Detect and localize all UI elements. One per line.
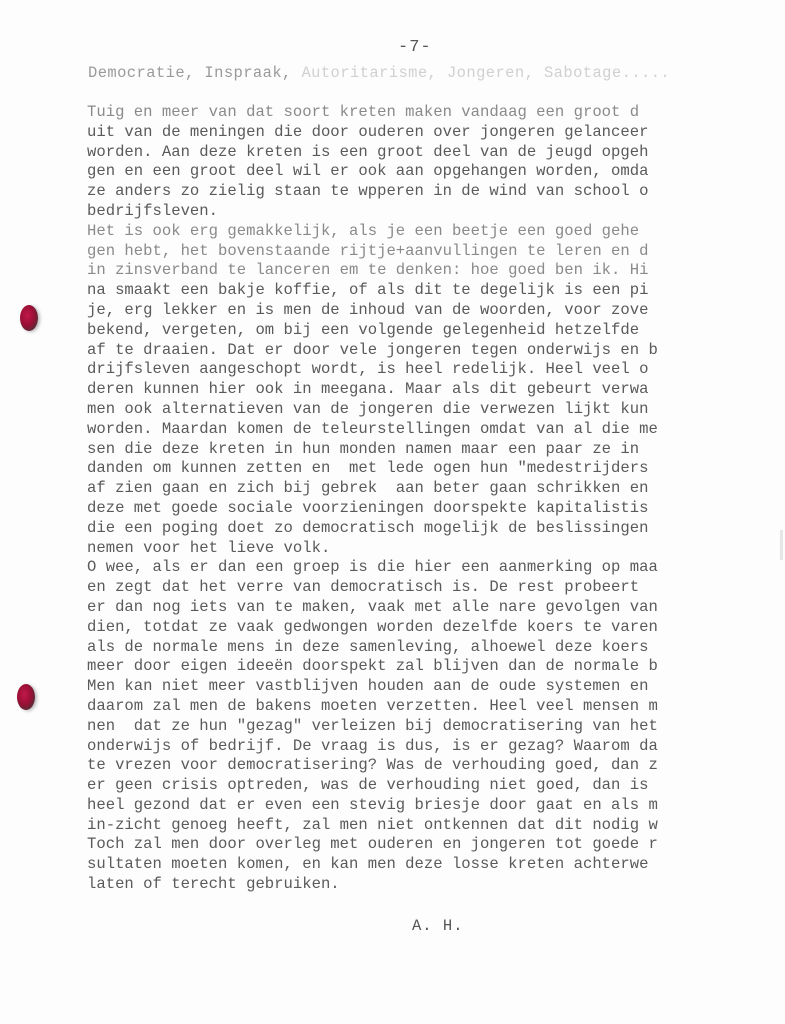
text-line: ze anders zo zielig staan te wpperen in … <box>87 182 785 202</box>
text-line: uit van de meningen die door ouderen ove… <box>87 123 785 143</box>
text-line: laten of terecht gebruiken. <box>87 875 785 895</box>
text-line: gen hebt, het bovenstaande rijtje+aanvul… <box>87 242 785 262</box>
scanned-page: -7- Democratie, Inspraak, Autoritarisme,… <box>0 0 785 1024</box>
text-line: af te draaien. Dat er door vele jongeren… <box>87 341 785 361</box>
text-line: Men kan niet meer vastblijven houden aan… <box>87 677 785 697</box>
punch-hole-top <box>20 305 38 331</box>
text-line: sultaten moeten komen, en kan men deze l… <box>87 855 785 875</box>
text-line: in zinsverband te lanceren em te denken:… <box>87 261 785 281</box>
text-line: daarom zal men de bakens moeten verzette… <box>87 697 785 717</box>
page-number: -7- <box>398 38 432 57</box>
text-line: heel gezond dat er even een stevig bries… <box>87 796 785 816</box>
text-line: gen en een groot deel wil er ook aan opg… <box>87 162 785 182</box>
text-line: worden. Maardan komen de teleurstellinge… <box>87 420 785 440</box>
title-visible: Democratie, Inspraak, <box>88 64 301 82</box>
text-line: meer door eigen ideeën doorspekt zal bli… <box>87 657 785 677</box>
text-line: bedrijfsleven. <box>87 202 785 222</box>
title-faint: Autoritarisme, Jongeren, Sabotage..... <box>301 64 670 82</box>
text-line: deze met goede sociale voorzieningen doo… <box>87 499 785 519</box>
text-line: bekend, vergeten, om bij een volgende ge… <box>87 321 785 341</box>
text-line: drijfsleven aangeschopt wordt, is heel r… <box>87 360 785 380</box>
text-line: Het is ook erg gemakkelijk, als je een b… <box>87 222 785 242</box>
document-title: Democratie, Inspraak, Autoritarisme, Jon… <box>88 64 670 82</box>
text-line: en zegt dat het verre van democratisch i… <box>87 578 785 598</box>
text-line: er dan nog iets van te maken, vaak met a… <box>87 598 785 618</box>
text-line: er geen crisis optreden, was de verhoudi… <box>87 776 785 796</box>
text-line: worden. Aan deze kreten is een groot dee… <box>87 143 785 163</box>
text-line: die een poging doet zo democratisch moge… <box>87 519 785 539</box>
text-line: af zien gaan en zich bij gebrek aan bete… <box>87 479 785 499</box>
text-line: danden om kunnen zetten en met lede ogen… <box>87 459 785 479</box>
text-line: na smaakt een bakje koffie, of als dit t… <box>87 281 785 301</box>
signature: A. H. <box>412 917 464 935</box>
text-line: dien, totdat ze vaak gedwongen worden de… <box>87 618 785 638</box>
text-line: te vrezen voor democratisering? Was de v… <box>87 756 785 776</box>
text-line: onderwijs of bedrijf. De vraag is dus, i… <box>87 737 785 757</box>
text-line: deren kunnen hier ook in meegana. Maar a… <box>87 380 785 400</box>
text-line: nemen voor het lieve volk. <box>87 539 785 559</box>
text-line: Tuig en meer van dat soort kreten maken … <box>87 103 785 123</box>
punch-hole-bottom <box>17 684 35 710</box>
text-line: je, erg lekker en is men de inhoud van d… <box>87 301 785 321</box>
text-line: sen die deze kreten in hun monden namen … <box>87 440 785 460</box>
text-line: Toch zal men door overleg met ouderen en… <box>87 835 785 855</box>
text-line: nen dat ze hun "gezag" verleizen bij dem… <box>87 717 785 737</box>
text-line: in-zicht genoeg heeft, zal men niet ontk… <box>87 816 785 836</box>
text-line: als de normale mens in deze samenleving,… <box>87 638 785 658</box>
text-line: O wee, als er dan een groep is die hier … <box>87 558 785 578</box>
text-line: men ook alternatieven van de jongeren di… <box>87 400 785 420</box>
body-text: Tuig en meer van dat soort kreten maken … <box>87 103 785 895</box>
